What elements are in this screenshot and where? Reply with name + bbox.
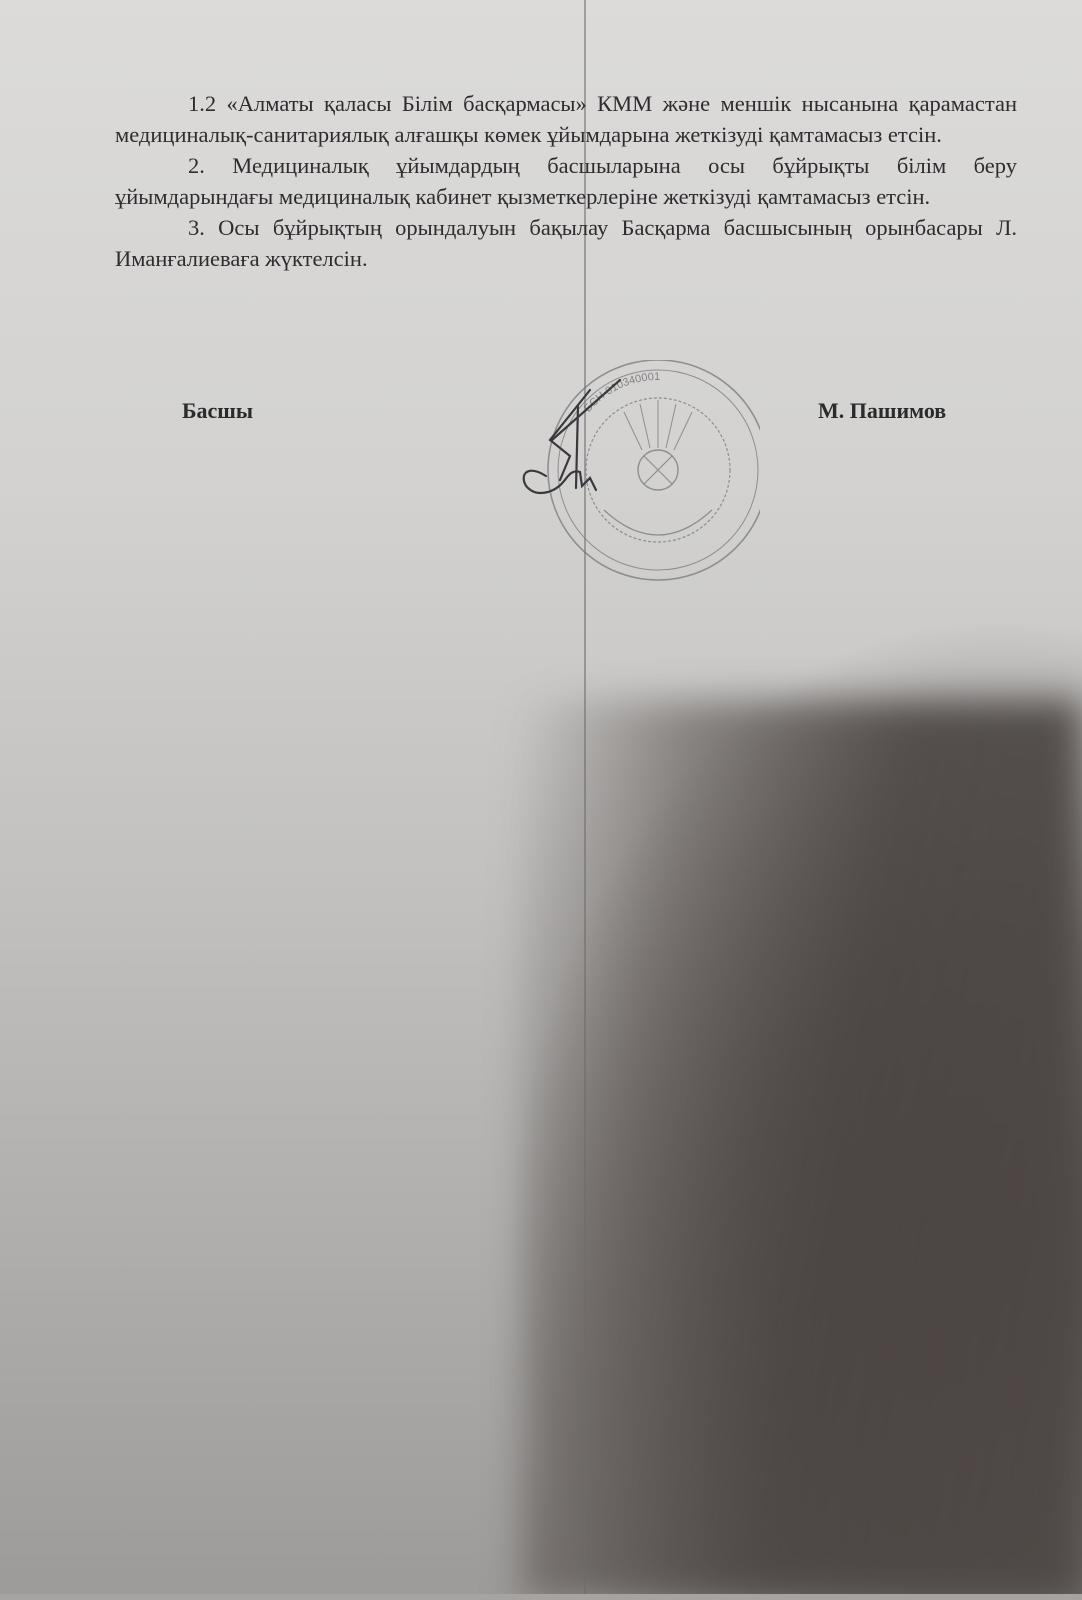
- hand-shadow: [520, 700, 1082, 1600]
- paragraph-3: 3. Осы бұйрықтың орындалуын бақылау Басқ…: [115, 212, 1017, 274]
- signatory-title: Басшы: [182, 398, 253, 424]
- paragraph-2: 2. Медициналық ұйымдардың басшыларына ос…: [115, 150, 1017, 212]
- document-body: 1.2 «Алматы қаласы Білім басқармасы» КММ…: [115, 88, 1017, 274]
- document-page: 1.2 «Алматы қаласы Білім басқармасы» КММ…: [0, 0, 1082, 1600]
- paper-bottom-edge: [0, 1594, 1082, 1600]
- official-stamp-icon: БСН 010340001: [520, 360, 760, 590]
- paragraph-1-2: 1.2 «Алматы қаласы Білім басқармасы» КММ…: [115, 88, 1017, 150]
- signatory-name: М. Пашимов: [818, 398, 946, 424]
